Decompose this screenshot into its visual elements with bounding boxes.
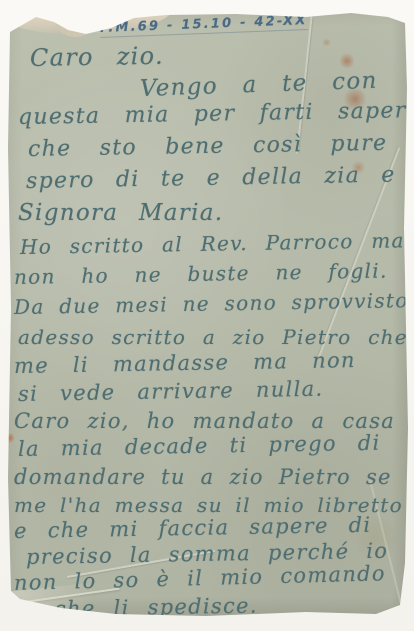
handwriting-line: spero di te e della zia e	[26, 163, 396, 194]
handwriting-line: Ho scritto al Rev. Parroco ma	[20, 228, 405, 259]
rust-stain	[6, 432, 14, 444]
postmark-text: P.M.69 - 15.10 - 42-XX	[100, 13, 308, 38]
torn-notch-damage	[56, 19, 97, 37]
handwriting-line: Caro zio.	[30, 42, 164, 72]
handwriting-line: che li spedisce.	[54, 593, 258, 621]
handwriting-line: che sto bene così pure	[28, 131, 388, 162]
rust-stain	[340, 52, 354, 70]
handwriting-line: questa mia per farti sapere	[18, 98, 414, 130]
handwriting-line: non ho ne buste ne fogli.	[14, 258, 388, 289]
postcard: P.M.69 - 15.10 - 42-XX Caro zio.Vengo a …	[6, 8, 408, 621]
handwriting-line: e che mi faccia sapere di	[14, 513, 372, 543]
handwriting-line: me li mandasse ma non	[14, 348, 356, 378]
handwriting-line: Vengo a te con	[140, 68, 378, 102]
handwriting-line: Da due mesi ne sono sprovvisto.	[14, 288, 414, 319]
handwriting-line: si vede arrivare nulla.	[18, 377, 324, 406]
handwriting-line: Signora Maria.	[18, 200, 223, 226]
rust-stain	[322, 38, 331, 47]
handwriting-line: domandare tu a zio Pietro se	[14, 465, 392, 489]
handwriting-line: Caro zio, ho mandato a casa	[14, 409, 395, 433]
handwriting-line: la mia decade ti prego di	[18, 431, 381, 461]
scan-background: P.M.69 - 15.10 - 42-XX Caro zio.Vengo a …	[0, 0, 414, 631]
handwriting-line: adesso scritto a zio Pietro che	[18, 325, 408, 349]
